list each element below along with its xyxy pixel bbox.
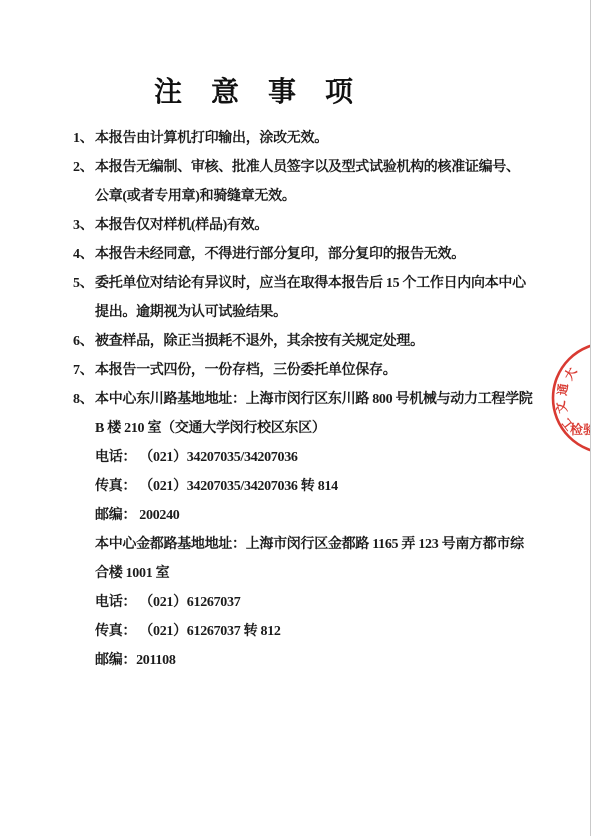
notice-line: 7、本报告一式四份，一份存档，三份委托单位保存。	[73, 356, 533, 385]
seal-center-text: 检验	[570, 422, 590, 437]
seal-ring-char: 文	[552, 400, 570, 415]
item-text: 本报告由计算机打印输出，涂改无效。	[95, 131, 328, 146]
seal-graphic: 大 通 文 工 检验	[550, 338, 590, 463]
notice-line: 合楼 1001 室	[73, 559, 533, 588]
notice-line: 5、委托单位对结论有异议时，应当在取得本报告后 15 个工作日内向本中心	[73, 269, 533, 298]
scanned-notice-page: 注 意 事 项 1、本报告由计算机打印输出，涂改无效。 2、本报告无编制、审核、…	[0, 0, 597, 836]
item-text: 传真： （021）34207035/34207036 转 814	[95, 479, 338, 494]
seal-ring-char: 工	[559, 416, 577, 434]
item-number: 8、	[73, 385, 93, 414]
notice-line: 1、本报告由计算机打印输出，涂改无效。	[73, 124, 533, 153]
item-text: 合楼 1001 室	[95, 566, 169, 581]
page-edge-line	[590, 0, 591, 836]
item-text: 公章(或者专用章)和骑缝章无效。	[95, 189, 296, 204]
notice-line: 邮编： 200240	[73, 501, 533, 530]
notice-line: 公章(或者专用章)和骑缝章无效。	[73, 182, 533, 211]
item-text: 电话： （021）34207035/34207036	[95, 450, 298, 465]
red-seal-stamp: 大 通 文 工 检验	[550, 338, 590, 463]
item-number: 5、	[73, 269, 93, 298]
item-text: 本报告未经同意，不得进行部分复印，部分复印的报告无效。	[95, 247, 465, 262]
notice-line: 本中心金都路基地地址：上海市闵行区金都路 1165 弄 123 号南方都市综	[73, 530, 533, 559]
page-title: 注 意 事 项	[0, 70, 512, 110]
item-text: 被查样品，除正当损耗不退外，其余按有关规定处理。	[95, 334, 424, 349]
item-text: 本报告无编制、审核、批准人员签字以及型式试验机构的核准证编号、	[95, 160, 520, 175]
notice-line: 电话： （021）61267037	[73, 588, 533, 617]
item-text: 本报告一式四份，一份存档，三份委托单位保存。	[95, 363, 396, 378]
notice-line: 6、被查样品，除正当损耗不退外，其余按有关规定处理。	[73, 327, 533, 356]
item-text: 委托单位对结论有异议时，应当在取得本报告后 15 个工作日内向本中心	[95, 276, 526, 291]
notice-line: 4、本报告未经同意，不得进行部分复印，部分复印的报告无效。	[73, 240, 533, 269]
item-number: 6、	[73, 327, 93, 356]
item-number: 4、	[73, 240, 93, 269]
item-text: 本报告仅对样机(样品)有效。	[95, 218, 268, 233]
seal-ring-char: 通	[554, 382, 571, 396]
notice-line: 2、本报告无编制、审核、批准人员签字以及型式试验机构的核准证编号、	[73, 153, 533, 182]
notice-line: 8、本中心东川路基地地址：上海市闵行区东川路 800 号机械与动力工程学院	[73, 385, 533, 414]
seal-ring-char: 大	[561, 365, 580, 383]
item-text: 传真： （021）61267037 转 812	[95, 624, 281, 639]
item-text: 电话： （021）61267037	[95, 595, 240, 610]
notice-line: B 楼 210 室（交通大学闵行校区东区）	[73, 414, 533, 443]
item-text: 本中心金都路基地地址：上海市闵行区金都路 1165 弄 123 号南方都市综	[95, 537, 524, 552]
item-text: 本中心东川路基地地址：上海市闵行区东川路 800 号机械与动力工程学院	[95, 392, 533, 407]
item-number: 2、	[73, 153, 93, 182]
item-text: B 楼 210 室（交通大学闵行校区东区）	[95, 421, 326, 436]
item-number: 7、	[73, 356, 93, 385]
item-text: 提出。逾期视为认可试验结果。	[95, 305, 287, 320]
notice-line: 传真： （021）61267037 转 812	[73, 617, 533, 646]
notice-list: 1、本报告由计算机打印输出，涂改无效。 2、本报告无编制、审核、批准人员签字以及…	[73, 124, 533, 675]
notice-line: 提出。逾期视为认可试验结果。	[73, 298, 533, 327]
notice-line: 3、本报告仅对样机(样品)有效。	[73, 211, 533, 240]
notice-line: 传真： （021）34207035/34207036 转 814	[73, 472, 533, 501]
item-text: 邮编： 200240	[95, 508, 180, 523]
notice-line: 电话： （021）34207035/34207036	[73, 443, 533, 472]
item-text: 邮编：201108	[95, 653, 176, 668]
item-number: 1、	[73, 124, 93, 153]
item-number: 3、	[73, 211, 93, 240]
notice-line: 邮编：201108	[73, 646, 533, 675]
